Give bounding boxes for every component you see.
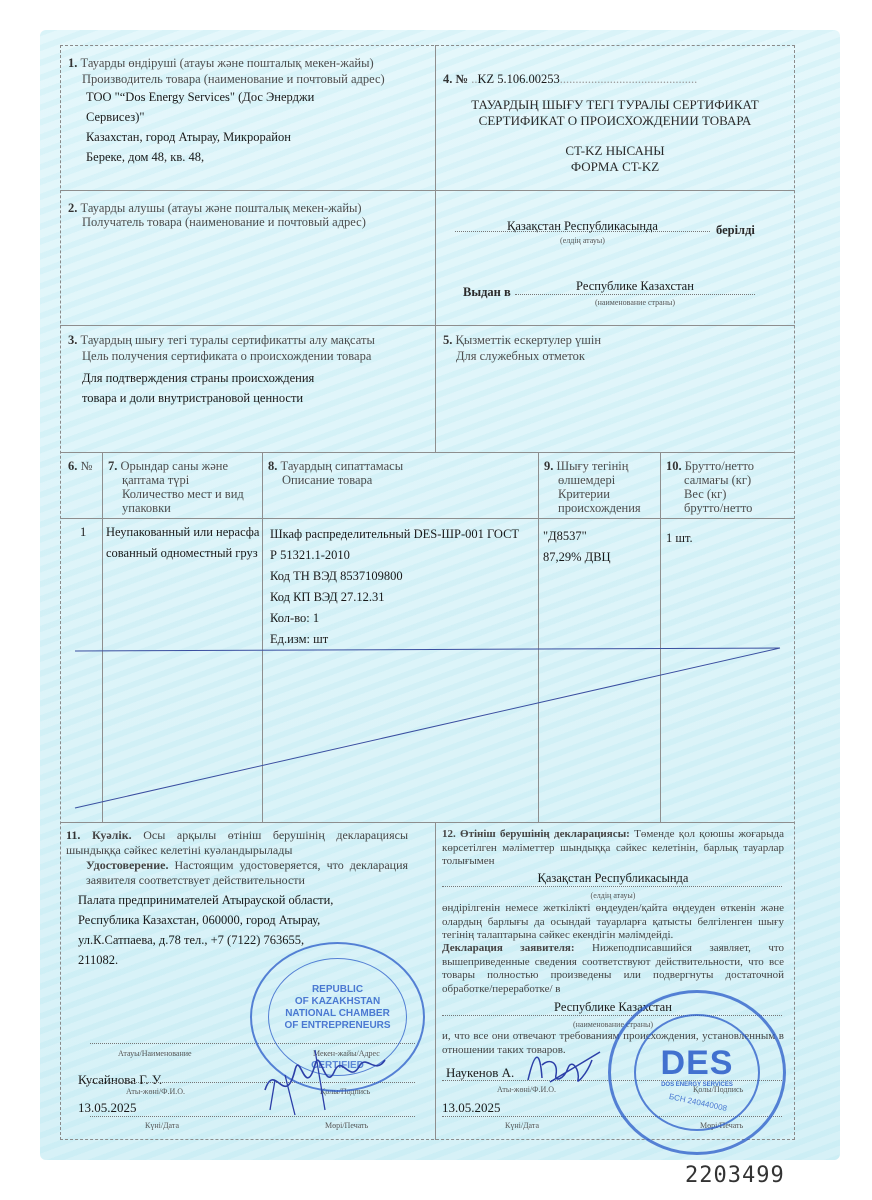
date: 13.05.2025 [78, 1100, 137, 1116]
serial-number: 2203499 [685, 1163, 785, 1188]
caption-date: Күні/Дата [505, 1118, 539, 1134]
field-number: 12. [442, 828, 456, 840]
text-kz-2: өндірілгенін немесе жеткілікті өңдеуден/… [442, 902, 784, 943]
caption-seal: Мөрі/Печать [325, 1118, 368, 1134]
title-ru: Декларация заявителя: [442, 942, 575, 954]
stamp-logo: DES [638, 1045, 756, 1081]
signature-chamber [255, 1030, 395, 1120]
company-stamp: DES DOS ENERGY SERVICES БСН 240440008 [608, 990, 786, 1155]
title-kz: Куәлік. [92, 828, 132, 842]
stamp-text: REPUBLIC [280, 984, 395, 996]
stamp-text: OF KAZAKHSTAN [280, 996, 395, 1008]
chamber-line: 211082. [78, 952, 118, 968]
dotted-line [442, 886, 782, 887]
chamber-line: Республика Казахстан, 060000, город Атыр… [78, 912, 320, 928]
signature-applicant [520, 1040, 610, 1090]
caption-fio: Аты-жөні/Ф.И.О. [126, 1084, 185, 1100]
date: 13.05.2025 [442, 1100, 501, 1116]
stamp-text: NATIONAL CHAMBER [280, 1008, 395, 1020]
country-kz: Қазақстан Республикасында [442, 870, 784, 886]
stamp-subtitle: DOS ENERGY SERVICES [638, 1082, 756, 1088]
chamber-line: Палата предпринимателей Атырауской облас… [78, 892, 333, 908]
signer-name: Наукенов А. [446, 1065, 514, 1081]
title-kz: Өтініш берушінің декларациясы: [460, 828, 630, 840]
field-number: 11. [66, 828, 80, 842]
title-ru: Удостоверение. [86, 858, 168, 872]
caption-date: Күні/Дата [145, 1118, 179, 1134]
caption-name: Атауы/Наименование [118, 1046, 192, 1062]
